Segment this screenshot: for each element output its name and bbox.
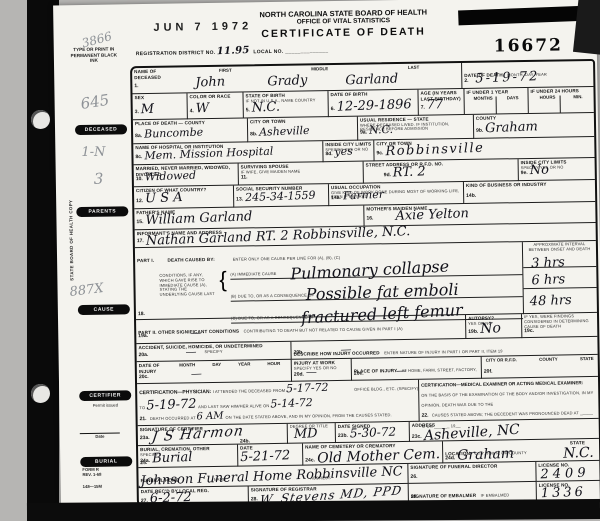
cemetery-state: N.C.	[562, 446, 593, 461]
field-place-of-death-county: PLACE OF DEATH — COUNTY 8a.Buncombe	[133, 118, 248, 144]
tab-deceased: DECEASED	[75, 124, 127, 135]
field-funeral-director-license: LICENSE NO. 2409	[536, 461, 599, 482]
certificate-form: NAME OF DECEASED FIRST MIDDLE LAST 1. Jo…	[130, 59, 600, 510]
field-residence-state: USUAL RESIDENCE — STATE WHERE DECEASED L…	[358, 115, 474, 141]
registration-district: REGISTRATION DISTRICT NO. 11.95 LOCAL NO…	[136, 45, 329, 58]
field-physician-certification: CERTIFICATION—PHYSICIAN: I ATTENDED THE …	[137, 380, 420, 426]
form-title: NORTH CAROLINA STATE BOARD OF HEALTH OFF…	[233, 7, 453, 40]
field-place-of-death-city: CITY OR TOWN 8b.Asheville	[248, 117, 358, 143]
field-hospital: NAME OF HOSPITAL OR INSTITUTION 8c.Mem. …	[133, 141, 323, 165]
field-cemetery-location: LOCATION CITY, TOWN, OR COUNTY STATE 24d…	[443, 439, 599, 463]
copy-label: STATE BOARD OF HEALTH COPY	[68, 195, 75, 285]
field-autopsy: AUTOPSY? YES OR NO 19b.No	[466, 314, 522, 339]
name-last: Garland	[345, 72, 398, 87]
field-citizen: CITIZEN OF WHAT COUNTRY? 12.U S A	[134, 186, 234, 210]
cause-side-note: CONDITIONS, IF ANY, WHICH GAVE RISE TO I…	[159, 273, 215, 298]
type-note: TYPE OR PRINT IN PERMANENT BLACK INK	[68, 46, 120, 64]
interval-b: 6 hrs	[531, 273, 565, 287]
name-middle: Grady	[267, 74, 307, 88]
pencil-note-2: 645	[79, 91, 110, 113]
punch-hole-bottom	[31, 384, 50, 403]
name-first: John	[195, 75, 225, 89]
field-injury-city-county-state: CITY OR R.F.D.COUNTYSTATE 20f.	[482, 355, 598, 379]
field-funeral-director-signature: SIGNATURE OF FUNERAL DIRECTOR 26.	[408, 462, 536, 484]
field-race: COLOR OR RACE 4.W	[187, 92, 243, 119]
field-date-of-injury: DATE OF INJURY MONTHDAYYEARHOUR 20c.—	[137, 360, 292, 384]
interval-c: 48 hrs	[530, 293, 572, 308]
field-if-under-1-year: IF UNDER 1 YEAR MONTHSDAYS	[464, 88, 528, 115]
tab-cause: CAUSE	[78, 304, 130, 315]
field-autopsy-findings: IF YES, WERE FINDINGS CONSIDERED IN DETE…	[522, 313, 597, 338]
pencil-note-5: 887X	[69, 281, 105, 300]
field-date-of-birth: DATE OF BIRTH 6.12-29-1896	[328, 90, 418, 117]
redaction-bar	[458, 6, 588, 26]
field-place-of-injury: PLACE OF INJURY AT HOME, FARM, STREET, F…	[352, 357, 482, 381]
field-medical-examiner-certification: CERTIFICATION—MEDICAL EXAMINER OR ACTING…	[419, 377, 599, 422]
date-note: Date	[80, 432, 120, 439]
field-if-under-24-hours: IF UNDER 24 HOURS HOURSMIN.	[528, 87, 593, 114]
field-date-of-death: DATE OF DEATH MONTH, DAY, YEAR 2. 5-19-7…	[462, 61, 593, 89]
attended-to: 5-19-72	[146, 397, 197, 412]
tab-parents: PARENTS	[76, 206, 128, 217]
field-state-of-birth: STATE OF BIRTH IF NOT IN U.S.A., NAME CO…	[243, 91, 328, 118]
field-sex: SEX 3.M	[132, 93, 187, 120]
certificate-paper: JUN 7 1972 REGISTRATION DISTRICT NO. 11.…	[53, 0, 600, 507]
field-surviving-spouse: SURVIVING SPOUSE IF WIFE, GIVE MAIDEN NA…	[239, 162, 364, 186]
scan-corner-shadow	[573, 0, 600, 56]
field-date-signed: DATE SIGNED 23b.5-30-72	[336, 422, 410, 443]
field-age: AGE (IN YEARS LAST BIRTHDAY) 7.77	[418, 89, 464, 116]
time-of-death: 6 AM	[197, 412, 224, 423]
scan-bottom-border	[27, 499, 600, 521]
field-residence-county: COUNTY 9b.Graham	[474, 113, 594, 139]
interval-a: 3 hrs	[531, 256, 565, 270]
field-residence-inside-city-limits: INSIDE CITY LIMITS SPECIFY YES OR NO 9e.…	[519, 158, 595, 181]
field-business: KIND OF BUSINESS OR INDUSTRY 14b.	[464, 180, 595, 204]
attended-from: 5-17-72	[286, 382, 329, 395]
section-cause-of-death: PART I. DEATH CAUSED BY: ENTER ONLY ONE …	[135, 241, 597, 320]
field-marital-status: MARRIED, NEVER MARRIED, WIDOWED, DIVORCE…	[134, 164, 239, 188]
last-seen-alive: 5-14-72	[271, 396, 314, 409]
interval-column: APPROXIMATE INTERVAL BETWEEN ONSET AND D…	[522, 241, 597, 314]
form-number: FORM R REV. 1-68 148—15M	[82, 466, 122, 488]
punch-hole-top	[31, 110, 50, 129]
field-ssn: SOCIAL SECURITY NUMBER 13.245-34-1559	[234, 184, 329, 207]
field-injury-at-work: INJURY AT WORK SPECIFY YES OR NO 20d.—	[292, 359, 352, 382]
pencil-note-4: 3	[94, 170, 104, 188]
permit-note: Permit issued	[81, 402, 129, 408]
certificate-number: 16672	[494, 35, 563, 56]
pencil-note-3: 1-N	[81, 145, 105, 160]
field-death-inside-city-limits: INSIDE CITY LIMITS SPECIFY YES OR NO 8d.…	[323, 140, 374, 162]
registration-district-value: 11.95	[217, 46, 250, 57]
brace: {	[219, 267, 227, 293]
field-occupation: USUAL OCCUPATION GIVE KIND OF WORK DONE …	[329, 182, 464, 206]
title-line-3: CERTIFICATE OF DEATH	[233, 25, 453, 40]
tab-burial: BURIAL	[80, 456, 132, 467]
tab-certifier: CERTIFIER	[79, 390, 131, 401]
field-street-address: STREET ADDRESS OR R.F.D. NO. 9d.RT. 2	[364, 159, 519, 183]
